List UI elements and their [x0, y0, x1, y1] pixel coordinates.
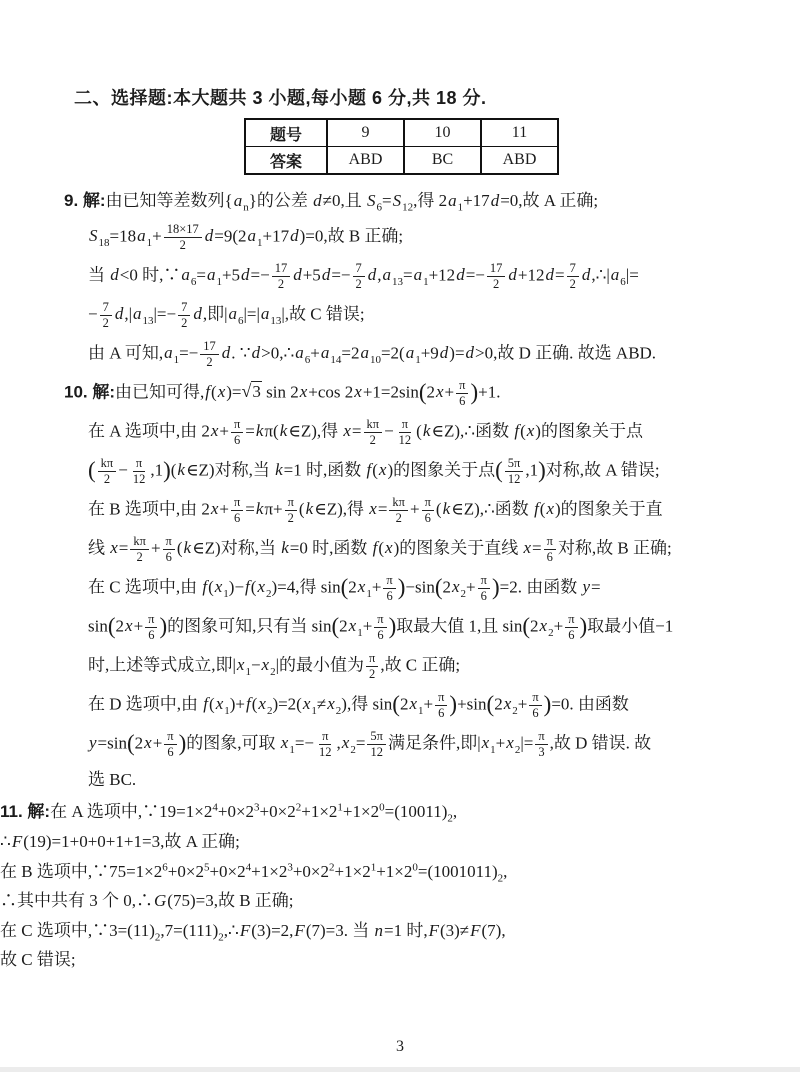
math-token: 1	[223, 587, 229, 599]
math-token: 6	[377, 201, 383, 213]
math-token: x	[214, 577, 224, 596]
math-token: π6	[231, 495, 243, 526]
math-token: 5π12	[505, 456, 524, 487]
math-token: d	[507, 265, 518, 284]
math-token: x	[280, 733, 290, 752]
math-token: 1	[418, 704, 424, 716]
math-token: 6	[238, 314, 244, 326]
math-token: d	[109, 265, 120, 284]
math-token: π2	[285, 495, 297, 526]
math-token: x	[124, 616, 134, 635]
math-token: x	[357, 577, 367, 596]
math-token: G	[153, 891, 167, 910]
math-token: a	[233, 191, 244, 210]
math-token: k	[442, 499, 452, 518]
math-token: x	[210, 499, 220, 518]
answer-value-cell: ABD	[481, 147, 558, 175]
math-token: 10. 解:	[64, 382, 115, 401]
math-token: )	[492, 574, 500, 599]
math-token: f	[202, 694, 209, 713]
solution-10-line: 在 B 选项中,由 2x+π6=kπ+π2(k∈Z),得 x=kπ2+π6(k∈…	[88, 495, 800, 526]
solution-11-line: 故 C 错误;	[0, 948, 800, 973]
math-token: 13	[143, 314, 154, 326]
math-token: F	[239, 921, 251, 940]
math-token: π2	[366, 651, 378, 682]
answer-value-cell: 9	[327, 119, 404, 147]
math-token: x	[503, 694, 513, 713]
math-token: (	[392, 691, 400, 716]
math-token: x	[257, 694, 267, 713]
math-token: a	[382, 265, 393, 284]
math-token: kπ2	[364, 417, 383, 448]
math-token: π12	[396, 417, 415, 448]
solution-10-line: 在 C 选项中,由 f(x1)−f(x2)=4,得 sin(2x1+π6)−si…	[88, 573, 800, 604]
solutions: 9. 解:由已知等差数列{an}的公差 d≠0,且 S6=S12,得 2a1+1…	[0, 189, 800, 973]
answer-table-body: 题号91011答案ABDBCABD	[245, 119, 558, 174]
math-token: a	[163, 343, 174, 362]
math-token: 4	[212, 802, 218, 814]
math-token: a	[206, 265, 217, 284]
solution-10-line: (kπ2−π12,1)(k∈Z)对称,当 k=1 时,函数 f(x)的图象关于点…	[88, 456, 800, 487]
answer-value-cell: ABD	[327, 147, 404, 175]
solution-11-line: ∴其中共有 3 个 0,∴G(75)=3,故 B 正确;	[0, 889, 800, 914]
math-token: )	[159, 613, 167, 638]
math-token: 6	[191, 275, 197, 287]
math-token: f	[245, 694, 252, 713]
math-token: 2	[270, 665, 276, 677]
solution-11-line: 在 B 选项中,∵75=1×26+0×25+0×24+1×23+0×22+1×2…	[0, 860, 800, 885]
math-token: d	[544, 265, 555, 284]
math-token: x	[539, 616, 549, 635]
math-token: d	[439, 343, 450, 362]
math-token: 1	[257, 236, 263, 248]
math-token: 5	[204, 861, 210, 873]
solution-10-line: sin(2x+π6)的图象可知,只有当 sin(2x1+π6)取最大值 1,且 …	[88, 612, 800, 643]
answer-row: 答案ABDBCABD	[245, 147, 558, 175]
math-token: 1	[366, 587, 372, 599]
math-token: d	[321, 265, 332, 284]
exam-answer-page: 二、选择题:本大题共 3 小题,每小题 6 分,共 18 分. 题号91011答…	[0, 0, 800, 1072]
math-token: k	[274, 460, 284, 479]
math-token: 172	[272, 261, 291, 292]
math-token: 0	[412, 861, 418, 873]
math-token: d	[490, 191, 501, 210]
answer-value-cell: 11	[481, 119, 558, 147]
math-token: d	[251, 343, 262, 362]
math-token: 2	[329, 861, 335, 873]
solution-11-line: 在 C 选项中,∵3=(11)2,7=(111)2,∴F(3)=2,F(7)=3…	[0, 919, 800, 944]
math-token: a	[247, 226, 258, 245]
math-token: 4	[246, 861, 252, 873]
math-token: 2	[515, 743, 521, 755]
math-token: 5π12	[367, 729, 386, 760]
math-token: 2	[267, 704, 273, 716]
solution-9-line: −72d,|a13|=−72d,即|a6|=|a13|,故 C 错误;	[88, 300, 800, 331]
math-token: (	[419, 379, 427, 404]
math-token: S	[366, 191, 377, 210]
math-token: 1	[458, 201, 464, 213]
math-token: π6	[163, 534, 175, 565]
math-token: d	[581, 265, 592, 284]
math-token: k	[305, 499, 315, 518]
math-token: 13	[392, 275, 403, 287]
math-token: F	[428, 921, 440, 940]
math-token: √3	[241, 382, 261, 401]
math-token: f	[366, 460, 373, 479]
math-token: 2	[512, 704, 518, 716]
scan-edge	[0, 1067, 800, 1072]
math-token: a	[136, 226, 147, 245]
math-token: kπ2	[130, 534, 149, 565]
math-token: π6	[435, 690, 447, 721]
math-token: (	[435, 574, 443, 599]
math-token: 1	[289, 743, 295, 755]
math-token: k	[183, 538, 193, 557]
math-token: k	[255, 421, 265, 440]
math-token: 2	[266, 587, 272, 599]
math-token: 2	[218, 931, 224, 943]
math-token: a	[180, 265, 191, 284]
math-token: a	[447, 191, 458, 210]
math-token: π6	[231, 417, 243, 448]
math-token: 3	[254, 802, 260, 814]
row-label-cell: 答案	[245, 147, 327, 175]
math-token: 1	[216, 275, 222, 287]
solution-9-line: 当 d<0 时,∵a6=a1+5d=−172d+5d=−72d,a13=a1+1…	[88, 261, 800, 292]
solution-9-line: S18=18a1+18×172d=9(2a1+17d)=0,故 B 正确;	[88, 222, 800, 253]
math-token: )	[580, 613, 588, 638]
math-token: (	[127, 730, 135, 755]
math-token: 2	[336, 704, 342, 716]
math-token: 172	[487, 261, 506, 292]
section-header: 二、选择题:本大题共 3 小题,每小题 6 分,共 18 分.	[74, 84, 800, 110]
math-token: x	[256, 577, 266, 596]
math-token: 18	[99, 236, 110, 248]
math-token: π3	[535, 729, 547, 760]
math-token: 1	[174, 353, 180, 365]
math-token: S	[88, 226, 99, 245]
math-token: x	[217, 382, 227, 401]
math-token: y	[88, 733, 98, 752]
math-token: (	[522, 613, 530, 638]
math-token: d	[312, 191, 323, 210]
math-token: 2	[447, 813, 453, 825]
math-token: )	[179, 730, 187, 755]
math-token: a	[227, 304, 238, 323]
math-token: d	[455, 265, 466, 284]
solution-10-line: y=sin(2x+π6)的图象,可取 x1=−π12,x2=5π12满足条件,即…	[88, 729, 800, 760]
math-token: k	[279, 421, 289, 440]
math-token: 1	[147, 236, 153, 248]
math-token: 2	[461, 587, 467, 599]
question-number-row: 题号91011	[245, 119, 558, 147]
math-token: )	[449, 691, 457, 716]
math-token: x	[451, 577, 461, 596]
math-token: x	[215, 694, 225, 713]
math-token: 172	[200, 339, 219, 370]
math-token: F	[11, 832, 23, 851]
math-token: x	[505, 733, 515, 752]
math-token: )	[470, 379, 478, 404]
math-token: d	[292, 265, 303, 284]
math-token: π6	[422, 495, 434, 526]
math-token: x	[545, 499, 555, 518]
solution-10-line: 时,上述等式成立,即|x1−x2|的最小值为π2,故 C 正确;	[88, 651, 800, 682]
math-token: 1	[245, 665, 251, 677]
math-token: f	[244, 577, 251, 596]
math-token: 2	[350, 743, 356, 755]
math-token: F	[293, 921, 305, 940]
math-token: 6	[305, 353, 311, 365]
math-token: 72	[100, 300, 112, 331]
math-token: a	[294, 343, 305, 362]
solution-9-line: 由 A 可知,a1=−172d. ∵d>0,∴a6+a14=2a10=2(a1+…	[88, 339, 800, 370]
math-token: a	[359, 343, 370, 362]
math-token: d	[204, 226, 215, 245]
math-token: x	[526, 421, 536, 440]
math-token: π6	[565, 612, 577, 643]
math-token: a	[405, 343, 416, 362]
math-token: 11. 解:	[0, 802, 50, 821]
math-token: 1	[423, 275, 429, 287]
math-token: x	[341, 733, 351, 752]
answer-value-cell: BC	[404, 147, 481, 175]
math-token: f	[204, 382, 211, 401]
math-token: 1	[337, 802, 343, 814]
math-token: x	[342, 421, 352, 440]
math-token: π12	[316, 729, 335, 760]
math-token: (	[341, 574, 349, 599]
math-token: x	[210, 421, 220, 440]
math-token: F	[469, 921, 481, 940]
math-token: f	[533, 499, 540, 518]
math-token: d	[367, 265, 378, 284]
math-token: x	[326, 694, 336, 713]
math-token: x	[481, 733, 491, 752]
math-token: 2	[155, 931, 161, 943]
math-token: 1	[371, 861, 377, 873]
math-token: x	[378, 460, 388, 479]
math-token: x	[299, 382, 309, 401]
math-token: π6	[383, 573, 395, 604]
math-token: k	[255, 499, 265, 518]
math-token: y	[581, 577, 591, 596]
math-token: d	[240, 265, 251, 284]
row-label-cell: 题号	[245, 119, 327, 147]
math-token: π6	[544, 534, 556, 565]
math-token: π6	[374, 612, 386, 643]
math-token: a	[260, 304, 271, 323]
math-token: a	[413, 265, 424, 284]
math-token: 72	[353, 261, 365, 292]
math-token: )	[389, 613, 397, 638]
math-token: k	[422, 421, 432, 440]
math-token: x	[302, 694, 312, 713]
math-token: π6	[456, 378, 468, 409]
answer-value-cell: 10	[404, 119, 481, 147]
math-token: x	[384, 538, 394, 557]
math-token: k	[176, 460, 186, 479]
math-token: x	[261, 655, 271, 674]
math-token: kπ2	[389, 495, 408, 526]
math-token: )	[398, 574, 406, 599]
math-token: d	[221, 343, 232, 362]
solution-10-line: 选 BC.	[88, 768, 800, 793]
math-token: x	[143, 733, 153, 752]
solution-11-line: ∴F(19)=1+0+0+1+1=3,故 A 正确;	[0, 830, 800, 855]
math-token: 1	[490, 743, 496, 755]
math-token: f	[372, 538, 379, 557]
math-token: 0	[379, 802, 385, 814]
math-token: (	[495, 457, 503, 482]
math-token: d	[114, 304, 125, 323]
math-token: (	[108, 613, 116, 638]
math-token: 14	[330, 353, 341, 365]
math-token: f	[201, 577, 208, 596]
solution-10-line: 在 D 选项中,由 f(x1)+f(x2)=2(x1≠x2),得 sin(2x1…	[88, 690, 800, 721]
page-number: 3	[0, 1038, 800, 1056]
math-token: 72	[567, 261, 579, 292]
math-token: kπ2	[98, 456, 117, 487]
math-token: f	[513, 421, 520, 440]
math-token: x	[408, 694, 418, 713]
math-token: π6	[164, 729, 176, 760]
math-token: π6	[145, 612, 157, 643]
math-token: x	[435, 382, 445, 401]
math-token: x	[522, 538, 532, 557]
math-token: 2	[498, 872, 504, 884]
answer-table: 题号91011答案ABDBCABD	[244, 118, 559, 175]
math-token: d	[289, 226, 300, 245]
math-token: 2	[548, 626, 554, 638]
math-token: k	[280, 538, 290, 557]
solution-10-line: 线 x=kπ2+π6(k∈Z)对称,当 k=0 时,函数 f(x)的图象关于直线…	[88, 534, 800, 565]
math-token: )	[544, 691, 552, 716]
math-token: 10	[370, 353, 381, 365]
math-token: 2	[296, 802, 302, 814]
math-token: (	[487, 691, 495, 716]
math-token: )	[538, 457, 546, 482]
math-token: a	[320, 343, 331, 362]
math-token: 1	[311, 704, 317, 716]
math-token: d	[192, 304, 203, 323]
math-token: 6	[620, 275, 626, 287]
solution-11-line: 11. 解:在 A 选项中,∵19=1×24+0×23+0×22+1×21+1×…	[0, 800, 800, 825]
solution-10-line: 在 A 选项中,由 2x+π6=kπ(k∈Z),得 x=kπ2−π12(k∈Z)…	[88, 417, 800, 448]
math-token: π6	[478, 573, 490, 604]
math-token: 18×172	[164, 222, 202, 253]
math-token: a	[610, 265, 621, 284]
math-token: x	[368, 499, 378, 518]
math-token: 13	[270, 314, 281, 326]
solution-9-line: 9. 解:由已知等差数列{an}的公差 d≠0,且 S6=S12,得 2a1+1…	[64, 189, 800, 214]
math-token: x	[348, 616, 358, 635]
math-token: )	[163, 457, 171, 482]
math-token: π6	[529, 690, 541, 721]
math-token: a	[132, 304, 143, 323]
math-token: d	[465, 343, 476, 362]
math-token: 12	[402, 201, 413, 213]
math-token: x	[109, 538, 119, 557]
math-token: 72	[178, 300, 190, 331]
math-token: n	[243, 201, 249, 213]
math-token: 3	[287, 861, 293, 873]
math-token: 1	[415, 353, 421, 365]
math-token: n	[373, 921, 384, 940]
math-token: (	[88, 457, 96, 482]
math-token: x	[353, 382, 363, 401]
math-token: 6	[162, 861, 168, 873]
math-token: 9. 解:	[64, 191, 106, 210]
math-token: 1	[224, 704, 230, 716]
math-token: (	[331, 613, 339, 638]
math-token: 1	[357, 626, 363, 638]
math-token: π12	[130, 456, 149, 487]
math-token: S	[392, 191, 403, 210]
solution-10-line: 10. 解:由已知可得,f(x)=√3 sin 2x+cos 2x+1=2sin…	[64, 378, 800, 409]
